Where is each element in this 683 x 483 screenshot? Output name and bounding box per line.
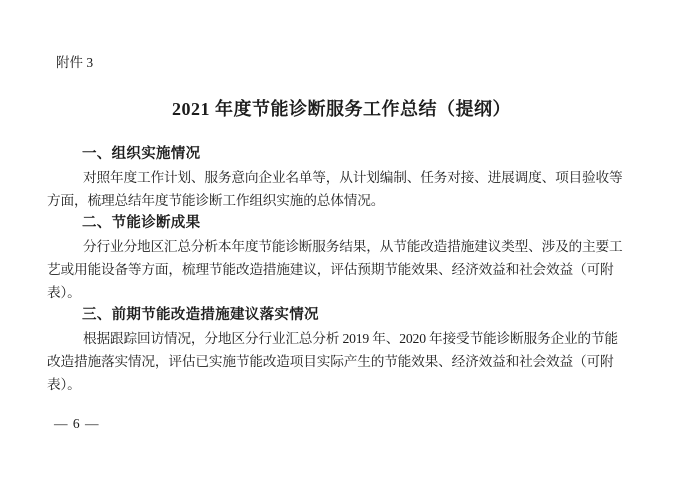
attachment-label: 附件 3 bbox=[56, 54, 93, 72]
section-1-paragraph-line: 方面，梳理总结年度节能诊断工作组织实施的总体情况。 bbox=[47, 189, 643, 212]
page-number: — 6 — bbox=[54, 412, 100, 435]
section-2-paragraph-line: 分行业分地区汇总分析本年度节能诊断服务结果，从节能改造措施建议类型、涉及的主要工 bbox=[47, 235, 643, 258]
section-2-heading: 二、节能诊断成果 bbox=[47, 212, 643, 235]
document-page: 附件 3 2021 年度节能诊断服务工作总结（提纲） 一、组织实施情况 对照年度… bbox=[0, 0, 683, 483]
document-body: 一、组织实施情况 对照年度工作计划、服务意向企业名单等，从计划编制、任务对接、进… bbox=[47, 143, 643, 396]
section-3-paragraph-line: 表）。 bbox=[47, 373, 643, 396]
section-1-heading: 一、组织实施情况 bbox=[47, 143, 643, 166]
section-3-paragraph-line: 改造措施落实情况，评估已实施节能改造项目实际产生的节能效果、经济效益和社会效益（… bbox=[47, 350, 643, 373]
document-title: 2021 年度节能诊断服务工作总结（提纲） bbox=[0, 94, 683, 124]
section-2-paragraph-line: 艺或用能设备等方面，梳理节能改造措施建议，评估预期节能效果、经济效益和社会效益（… bbox=[47, 258, 643, 281]
section-3-heading: 三、前期节能改造措施建议落实情况 bbox=[47, 304, 643, 327]
section-2-paragraph-line: 表）。 bbox=[47, 281, 643, 304]
section-3-paragraph-line: 根据跟踪回访情况，分地区分行业汇总分析 2019 年、2020 年接受节能诊断服… bbox=[47, 327, 643, 350]
section-1-paragraph-line: 对照年度工作计划、服务意向企业名单等，从计划编制、任务对接、进展调度、项目验收等 bbox=[47, 166, 643, 189]
